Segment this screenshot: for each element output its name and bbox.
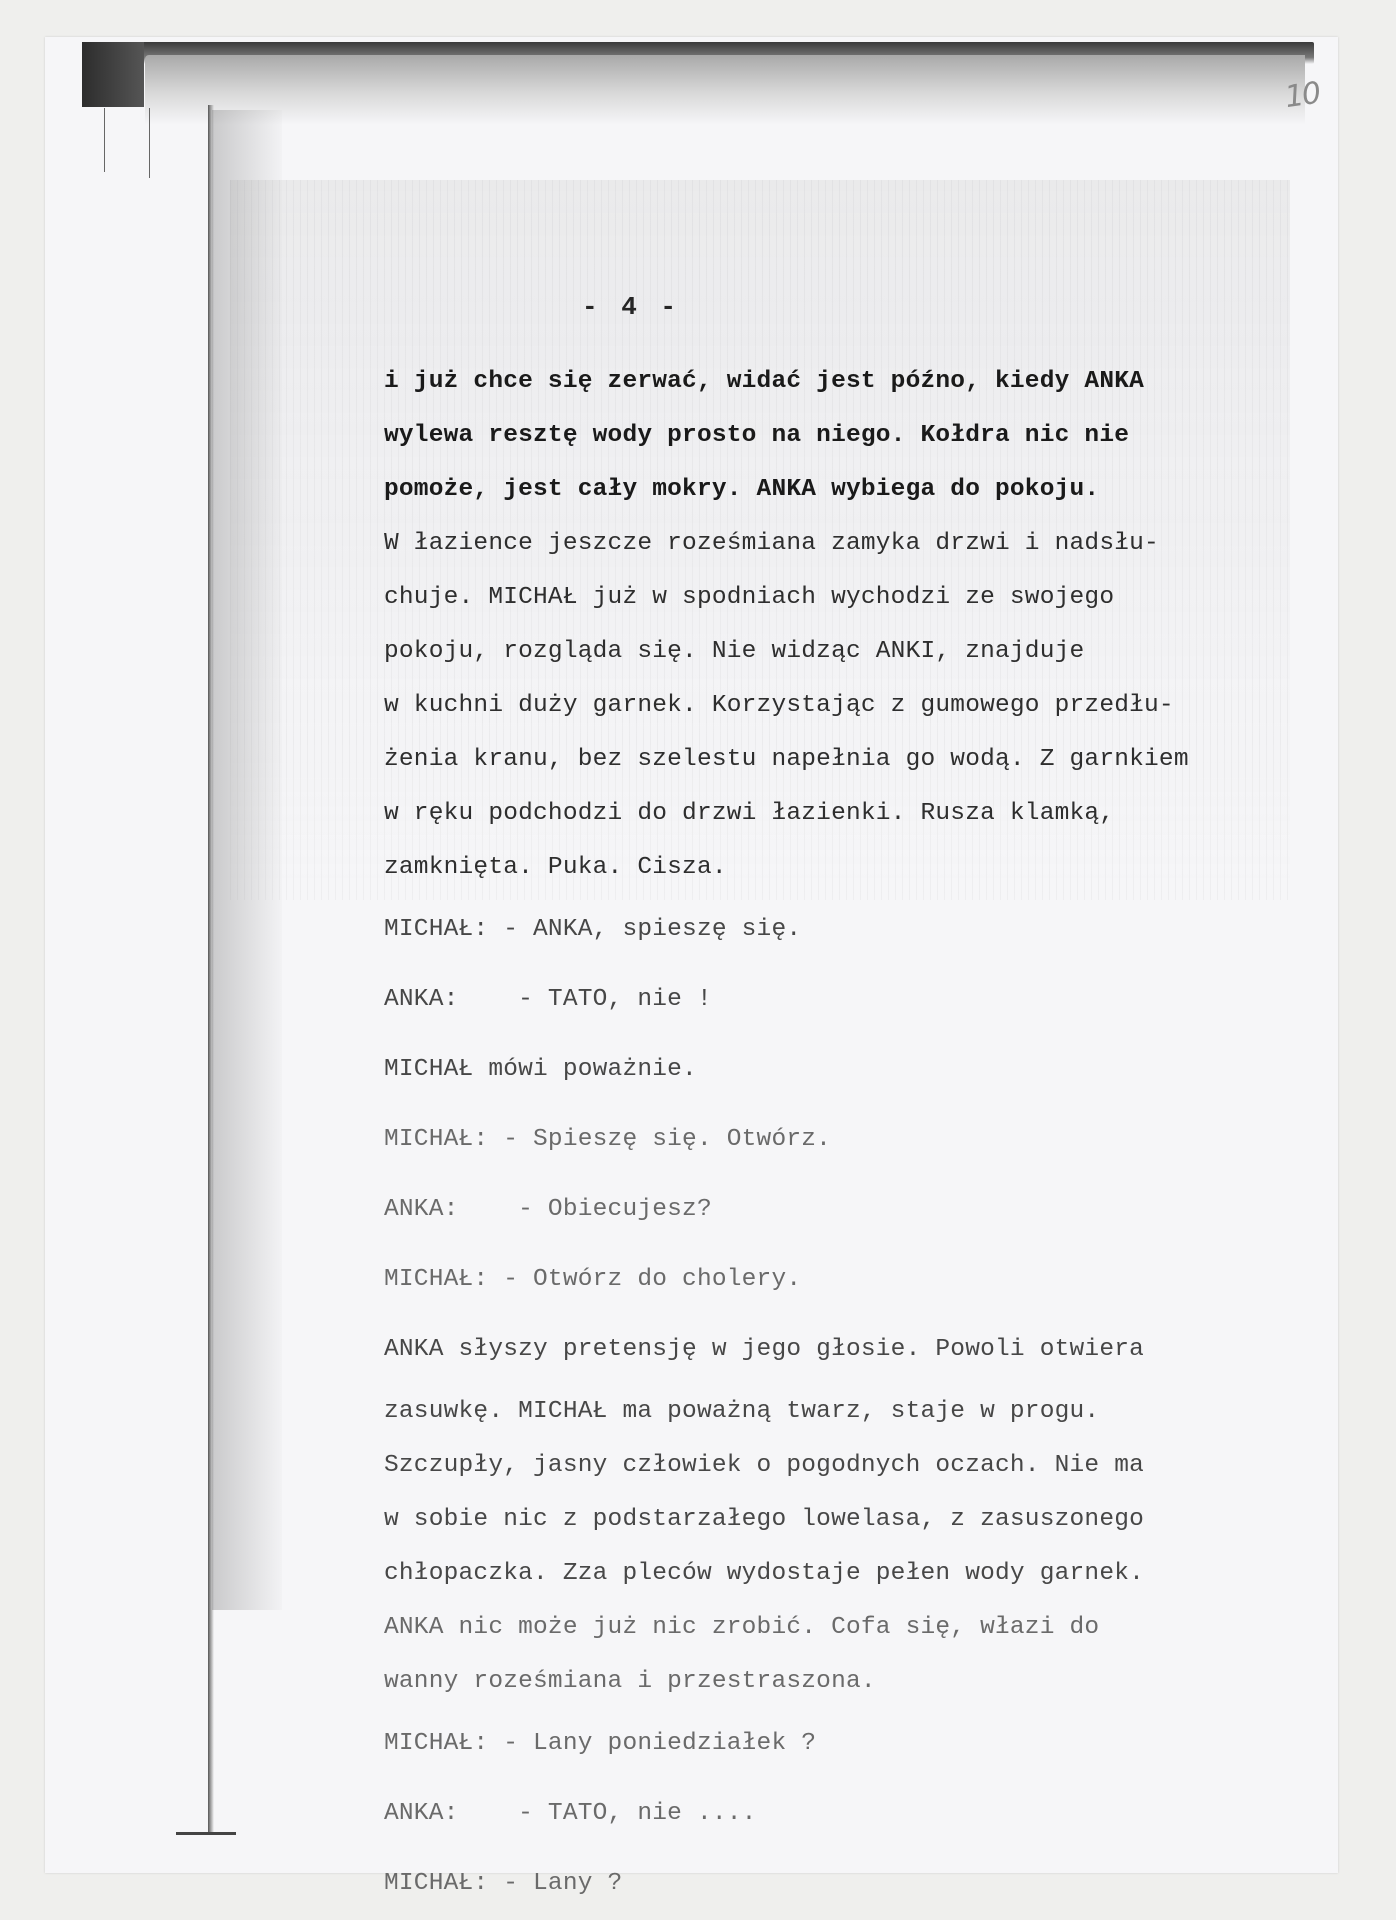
text-line: w ręku podchodzi do drzwi łazienki. Rusz… xyxy=(384,787,1284,841)
text-line: MICHAŁ: - Lany poniedziałek ? xyxy=(384,1709,1284,1779)
binding-corner xyxy=(82,42,144,107)
text-line: ANKA słyszy pretensję w jego głosie. Pow… xyxy=(384,1315,1284,1385)
text-line: MICHAŁ: - Lany ? xyxy=(384,1849,1284,1919)
typed-page-number: - 4 - xyxy=(582,292,680,322)
text-line: MICHAŁ mówi poważnie. xyxy=(384,1035,1284,1105)
text-line: wanny roześmiana i przestraszona. xyxy=(384,1655,1284,1709)
text-line: chłopaczka. Zza pleców wydostaje pełen w… xyxy=(384,1547,1284,1601)
text-line: MICHAŁ: - Spieszę się. Otwórz. xyxy=(384,1105,1284,1175)
text-line: pokoju, rozgląda się. Nie widząc ANKI, z… xyxy=(384,625,1284,679)
text-line: zamknięta. Puka. Cisza. xyxy=(384,841,1284,895)
text-line: żenia kranu, bez szelestu napełnia go wo… xyxy=(384,733,1284,787)
text-line: MICHAŁ: - ANKA, spieszę się. xyxy=(384,895,1284,965)
text-line: w sobie nic z podstarzałego lowelasa, z … xyxy=(384,1493,1284,1547)
handwritten-page-number: 10 xyxy=(1283,76,1322,115)
text-line: zasuwkę. MICHAŁ ma poważną twarz, staje … xyxy=(384,1385,1284,1439)
text-line: chuje. MICHAŁ już w spodniach wychodzi z… xyxy=(384,571,1284,625)
text-line: wylewa resztę wody prosto na niego. Kołd… xyxy=(384,409,1284,463)
text-line: W łazience jeszcze roześmiana zamyka drz… xyxy=(384,517,1284,571)
text-line: Szczupły, jasny człowiek o pogodnych ocz… xyxy=(384,1439,1284,1493)
page-edge-strip xyxy=(212,110,282,1610)
text-line: ANKA: - TATO, nie .... xyxy=(384,1779,1284,1849)
text-line: pomoże, jest cały mokry. ANKA wybiega do… xyxy=(384,463,1284,517)
text-line: MICHAŁ: - Otwórz do cholery. xyxy=(384,1245,1284,1315)
text-line: i już chce się zerwać, widać jest późno,… xyxy=(384,355,1284,409)
typed-body-text: i już chce się zerwać, widać jest późno,… xyxy=(384,355,1284,1919)
text-line: ANKA nic może już nic zrobić. Cofa się, … xyxy=(384,1601,1284,1655)
text-line: ANKA: - Obiecujesz? xyxy=(384,1175,1284,1245)
text-line: w kuchni duży garnek. Korzystając z gumo… xyxy=(384,679,1284,733)
margin-marks xyxy=(104,108,155,172)
text-line: ANKA: - TATO, nie ! xyxy=(384,965,1284,1035)
page-edge-bottom xyxy=(176,1832,236,1835)
binding-flap xyxy=(145,55,1305,125)
